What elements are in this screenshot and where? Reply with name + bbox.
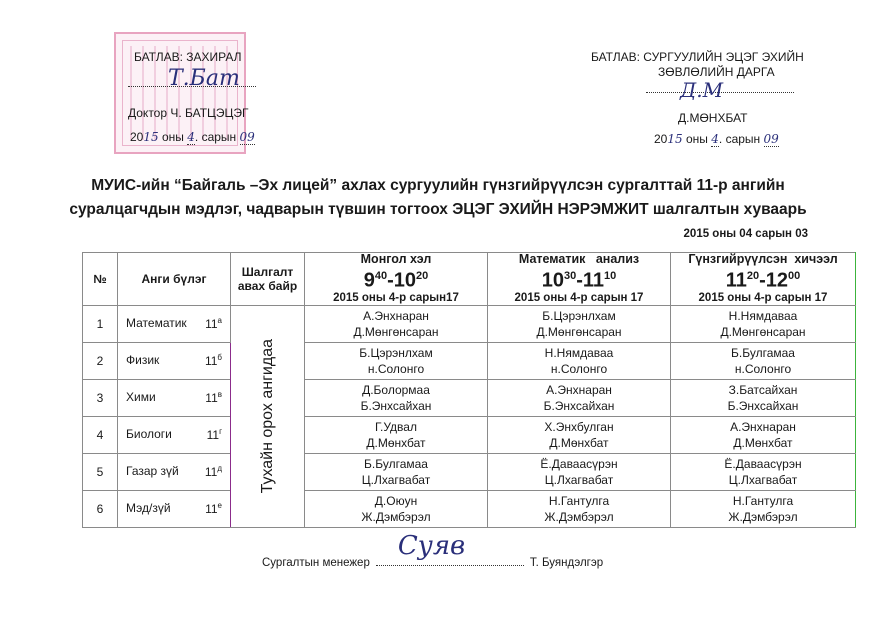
- proctor-name: Б.Булгамаа: [671, 345, 855, 361]
- document-date: 2015 оны 04 сарын 03: [684, 228, 808, 240]
- footer-signature-line: Суяв: [376, 553, 524, 566]
- subject-date: 2015 оны 4-р сарын 17: [671, 291, 855, 305]
- row-class: Хими11в: [118, 379, 231, 416]
- header-exam-place: Шалгалт авах байр: [231, 253, 305, 306]
- subject-name: Математик анализ: [488, 253, 670, 266]
- date-saryn: сарын: [726, 132, 761, 146]
- table-row: 5Газар зүй11дБ.БулгамааЦ.ЛхагвабатЁ.Дава…: [83, 453, 856, 490]
- header-class-group: Анги бүлэг: [118, 253, 231, 306]
- class-grade: 11г: [207, 427, 222, 442]
- row-class: Мэд/зүй11е: [118, 490, 231, 527]
- proctor-name: Д.Мөнгөнсаран: [305, 324, 487, 340]
- subject-date: 2015 оны 4-р сарын17: [305, 291, 487, 305]
- proctor-name: Д.Болормаа: [305, 382, 487, 398]
- proctor-name: Ц.Лхагвабат: [488, 472, 670, 488]
- proctor-name: Д.Мөнхбат: [488, 435, 670, 451]
- proctor-name: Ц.Лхагвабат: [671, 472, 855, 488]
- subject-time: 1030-1110: [488, 266, 670, 291]
- footer-role: Сургалтын менежер: [262, 557, 370, 569]
- proctor-name: Б.Энхсайхан: [488, 398, 670, 414]
- table-row: 3Хими11вД.БолормааБ.ЭнхсайханА.ЭнхнаранБ…: [83, 379, 856, 416]
- table-row: 1Математик11аТухайн орох ангидааА.Энхнар…: [83, 305, 856, 342]
- proctor-name: Б.Энхсайхан: [671, 398, 855, 414]
- proctor-name: А.Энхнаран: [488, 382, 670, 398]
- date-day: 09: [764, 132, 779, 147]
- class-name: Физик: [126, 353, 159, 368]
- subject-time: 1120-1200: [671, 266, 855, 291]
- header-place-line2: авах байр: [231, 279, 304, 293]
- footer-name: Т. Буяндэлгэр: [530, 557, 603, 569]
- proctor-cell: Г.УдвалД.Мөнхбат: [305, 416, 488, 453]
- proctor-cell: А.ЭнхнаранД.Мөнхбат: [671, 416, 856, 453]
- subject-time: 940-1020: [305, 266, 487, 291]
- approval-left-signature: Т.Бат: [168, 66, 240, 91]
- date-year: 15: [143, 130, 158, 144]
- proctor-name: Н.Нямдаваа: [671, 308, 855, 324]
- proctor-name: Ё.Даваасүрэн: [671, 456, 855, 472]
- class-grade: 11а: [205, 316, 222, 331]
- row-number: 1: [83, 305, 118, 342]
- row-class: Газар зүй11д: [118, 453, 231, 490]
- signature-line: [128, 86, 256, 87]
- proctor-name: Б.Цэрэнлхам: [305, 345, 487, 361]
- proctor-cell: Б.Цэрэнлхамн.Солонго: [305, 342, 488, 379]
- class-name: Биологи: [126, 427, 172, 442]
- date-month: 4: [187, 130, 195, 145]
- approval-right-date: 2015 оны 4. сарын 09: [654, 132, 779, 146]
- date-month: 4: [711, 132, 719, 147]
- class-grade: 11б: [205, 353, 222, 368]
- proctor-cell: А.ЭнхнаранБ.Энхсайхан: [488, 379, 671, 416]
- row-number: 6: [83, 490, 118, 527]
- date-oni: оны: [686, 132, 708, 146]
- table-row: 2Физик11бБ.Цэрэнлхамн.СолонгоН.Нямдаваан…: [83, 342, 856, 379]
- proctor-cell: Б.Булгамаан.Солонго: [671, 342, 856, 379]
- class-grade: 11е: [205, 501, 222, 516]
- date-prefix: 20: [130, 130, 143, 144]
- exam-schedule-table: № Анги бүлэг Шалгалт авах байр Монгол хэ…: [82, 252, 856, 528]
- approval-right-label-line1: БАТЛАВ: СУРГУУЛИЙН ЭЦЭГ ЭХИЙН: [591, 50, 804, 64]
- row-class: Биологи11г: [118, 416, 231, 453]
- header-subject-3: Гүнзгийрүүлсэн хичээл 1120-1200 2015 оны…: [671, 253, 856, 306]
- proctor-cell: Н.ГантулгаЖ.Дэмбэрэл: [488, 490, 671, 527]
- proctor-name: Д.Мөнхбат: [671, 435, 855, 451]
- document-title-line2: суралцагчдын мэдлэг, чадварын түвшин тог…: [0, 198, 876, 222]
- exam-place-value: Тухайн орох ангидаа: [259, 339, 277, 493]
- approval-right-name: Д.МӨНХБАТ: [678, 111, 747, 125]
- proctor-cell: Н.НямдавааД.Мөнгөнсаран: [671, 305, 856, 342]
- row-class: Физик11б: [118, 342, 231, 379]
- approval-left-label: БАТЛАВ: ЗАХИРАЛ: [134, 50, 242, 64]
- proctor-cell: Б.БулгамааЦ.Лхагвабат: [305, 453, 488, 490]
- proctor-cell: Н.Нямдаваан.Солонго: [488, 342, 671, 379]
- proctor-cell: Н.ГантулгаЖ.Дэмбэрэл: [671, 490, 856, 527]
- class-grade: 11в: [205, 390, 222, 405]
- proctor-cell: Ё.ДаваасүрэнЦ.Лхагвабат: [671, 453, 856, 490]
- proctor-cell: Х.ЭнхбулганД.Мөнхбат: [488, 416, 671, 453]
- class-name: Газар зүй: [126, 464, 179, 479]
- proctor-name: Ц.Лхагвабат: [305, 472, 487, 488]
- date-saryn: сарын: [202, 130, 237, 144]
- footer-signature-mark: Суяв: [398, 531, 465, 561]
- proctor-name: Ж.Дэмбэрэл: [488, 509, 670, 525]
- footer-signature: Сургалтын менежер Суяв Т. Буяндэлгэр: [262, 553, 603, 569]
- row-number: 4: [83, 416, 118, 453]
- proctor-name: Н.Гантулга: [671, 493, 855, 509]
- proctor-name: Б.Энхсайхан: [305, 398, 487, 414]
- date-oni: оны: [162, 130, 184, 144]
- row-class: Математик11а: [118, 305, 231, 342]
- proctor-cell: З.БатсайханБ.Энхсайхан: [671, 379, 856, 416]
- proctor-name: Д.Мөнхбат: [305, 435, 487, 451]
- proctor-cell: А.ЭнхнаранД.Мөнгөнсаран: [305, 305, 488, 342]
- document-title-line1: МУИС-ийн “Байгаль –Эх лицей” ахлах сургу…: [0, 174, 876, 198]
- class-grade: 11д: [205, 464, 222, 479]
- proctor-name: Б.Цэрэнлхам: [488, 308, 670, 324]
- proctor-cell: Ё.ДаваасүрэнЦ.Лхагвабат: [488, 453, 671, 490]
- proctor-name: н.Солонго: [305, 361, 487, 377]
- proctor-name: Ж.Дэмбэрэл: [671, 509, 855, 525]
- subject-name: Монгол хэл: [305, 253, 487, 266]
- header-number: №: [83, 253, 118, 306]
- class-name: Математик: [126, 316, 187, 331]
- class-name: Хими: [126, 390, 156, 405]
- proctor-name: Д.Мөнгөнсаран: [488, 324, 670, 340]
- approval-right-signature: Д.М: [680, 78, 723, 102]
- proctor-name: А.Энхнаран: [305, 308, 487, 324]
- class-name: Мэд/зүй: [126, 501, 171, 516]
- date-prefix: 20: [654, 132, 667, 146]
- subject-name: Гүнзгийрүүлсэн хичээл: [671, 253, 855, 266]
- header-subject-1: Монгол хэл 940-1020 2015 оны 4-р сарын17: [305, 253, 488, 306]
- proctor-name: Г.Удвал: [305, 419, 487, 435]
- proctor-name: Ё.Даваасүрэн: [488, 456, 670, 472]
- proctor-cell: Д.ОюунЖ.Дэмбэрэл: [305, 490, 488, 527]
- proctor-name: З.Батсайхан: [671, 382, 855, 398]
- row-number: 3: [83, 379, 118, 416]
- proctor-name: Х.Энхбулган: [488, 419, 670, 435]
- row-number: 5: [83, 453, 118, 490]
- proctor-name: Ж.Дэмбэрэл: [305, 509, 487, 525]
- proctor-name: Д.Оюун: [305, 493, 487, 509]
- approval-right-label-line2: ЗӨВЛӨЛИЙН ДАРГА: [658, 65, 775, 79]
- exam-place-cell: Тухайн орох ангидаа: [231, 305, 305, 527]
- date-day: 09: [240, 130, 255, 145]
- proctor-name: н.Солонго: [488, 361, 670, 377]
- proctor-name: н.Солонго: [671, 361, 855, 377]
- table-row: 4Биологи11гГ.УдвалД.МөнхбатХ.ЭнхбулганД.…: [83, 416, 856, 453]
- proctor-name: Д.Мөнгөнсаран: [671, 324, 855, 340]
- proctor-cell: Д.БолормааБ.Энхсайхан: [305, 379, 488, 416]
- proctor-name: Н.Гантулга: [488, 493, 670, 509]
- approval-left-date: 2015 оны 4. сарын 09: [130, 130, 255, 144]
- row-number: 2: [83, 342, 118, 379]
- table-header-row: № Анги бүлэг Шалгалт авах байр Монгол хэ…: [83, 253, 856, 306]
- header-subject-2: Математик анализ 1030-1110 2015 оны 4-р …: [488, 253, 671, 306]
- proctor-name: А.Энхнаран: [671, 419, 855, 435]
- date-year: 15: [667, 132, 682, 146]
- approval-left-name: Доктор Ч. БАТЦЭЦЭГ: [128, 106, 249, 120]
- subject-date: 2015 оны 4-р сарын 17: [488, 291, 670, 305]
- header-place-line1: Шалгалт: [231, 265, 304, 279]
- proctor-cell: Б.ЦэрэнлхамД.Мөнгөнсаран: [488, 305, 671, 342]
- proctor-name: Н.Нямдаваа: [488, 345, 670, 361]
- table-row: 6Мэд/зүй11еД.ОюунЖ.ДэмбэрэлН.ГантулгаЖ.Д…: [83, 490, 856, 527]
- proctor-name: Б.Булгамаа: [305, 456, 487, 472]
